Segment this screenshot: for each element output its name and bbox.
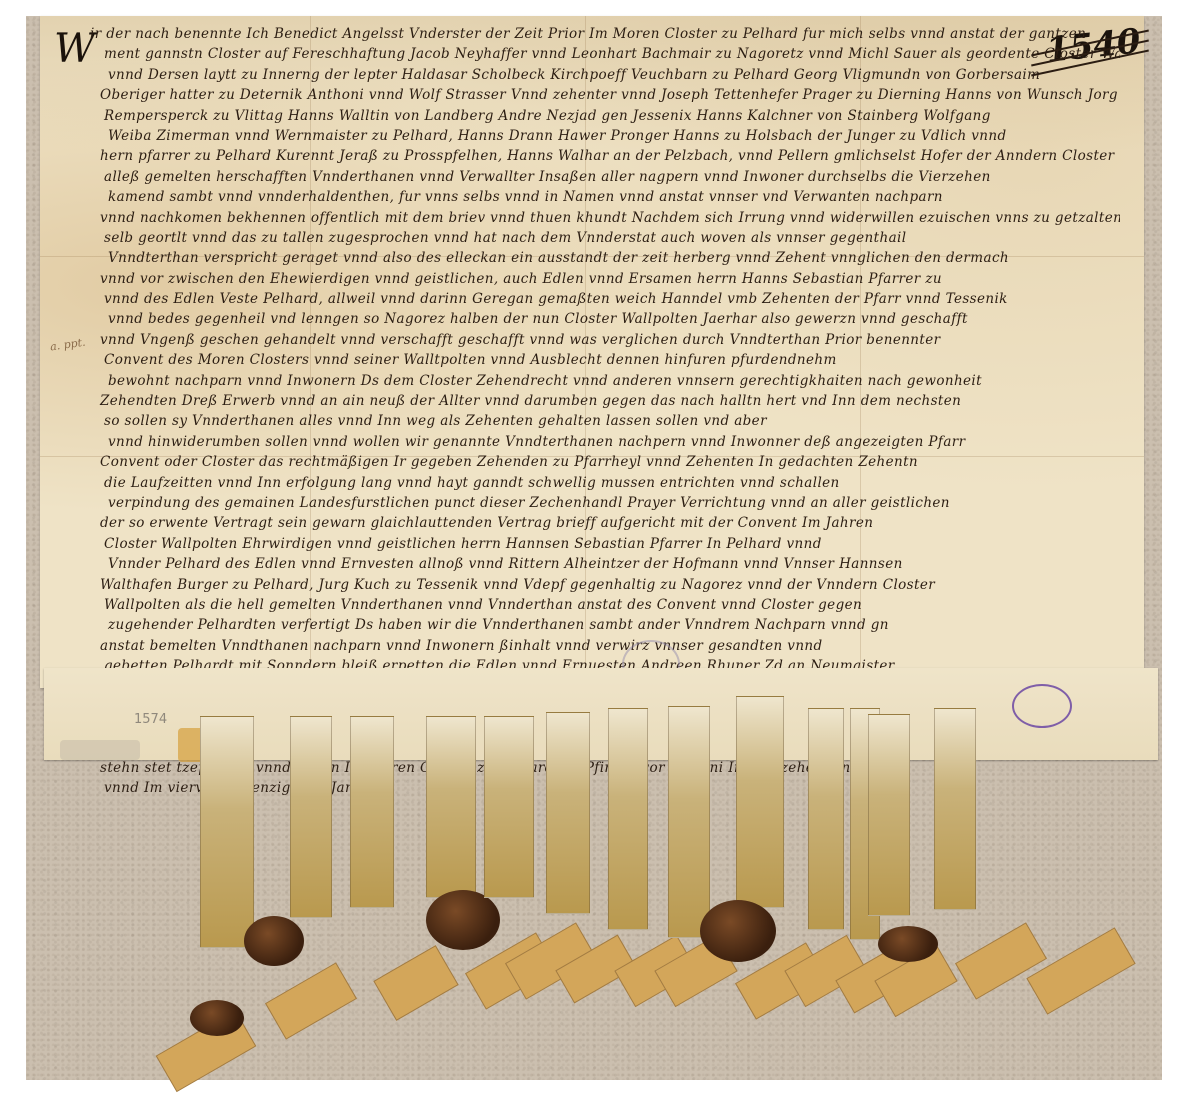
parchment-tag <box>608 708 648 930</box>
text-line: vnnd Dersen laytt zu Innerng der lepter … <box>60 65 1120 85</box>
parchment-tag <box>868 714 910 916</box>
parchment-tag <box>290 716 332 918</box>
text-line: anstat bemelten Vnndthanen nachparn vnnd… <box>60 636 1120 656</box>
text-line: ment gannstn Closter auf Fereschhaftung … <box>60 44 1120 64</box>
pencil-number: 1574 <box>134 712 167 727</box>
parchment-tag <box>426 716 476 898</box>
text-line: hern pfarrer zu Pelhard Kurennt Jeraß zu… <box>60 146 1120 166</box>
parchment-tag <box>484 716 534 898</box>
text-line: Oberiger hatter zu Deternik Anthoni vnnd… <box>60 85 1120 105</box>
text-line: vnnd bedes gegenheil vnd lenngen so Nago… <box>60 309 1120 329</box>
text-line: Weiba Zimerman vnnd Wernmaister zu Pelha… <box>60 126 1120 146</box>
stain <box>60 740 140 760</box>
text-line: selb geortlt vnnd das zu tallen zugespro… <box>60 228 1120 248</box>
text-line: Vnndterthan verspricht geraget vnnd also… <box>60 248 1120 268</box>
wax-seal <box>700 900 776 962</box>
text-line: Zehendten Dreß Erwerb vnnd an ain neuß d… <box>60 391 1120 411</box>
text-line: Closter Wallpolten Ehrwirdigen vnnd geis… <box>60 534 1120 554</box>
text-line: kamend sambt vnnd vnnderhaldenthen, fur … <box>60 187 1120 207</box>
text-line: Convent oder Closter das rechtmäßigen Ir… <box>60 452 1120 472</box>
wax-seal <box>190 1000 244 1036</box>
text-line: vnnd Vngenß geschen gehandelt vnnd versc… <box>60 330 1120 350</box>
parchment-tag <box>934 708 976 910</box>
text-line: bewohnt nachparn vnnd Inwonern Ds dem Cl… <box>60 371 1120 391</box>
text-line: verpindung des gemainen Landesfurstliche… <box>60 493 1120 513</box>
text-line: vnnd nachkomen bekhennen offentlich mit … <box>60 208 1120 228</box>
text-line: vnnd vor zwischen den Ehewierdigen vnnd … <box>60 269 1120 289</box>
text-line: die Laufzeitten vnnd Inn erfolgung lang … <box>60 473 1120 493</box>
parchment-tag <box>200 716 254 948</box>
text-line: Walthafen Burger zu Pelhard, Jurg Kuch z… <box>60 575 1120 595</box>
parchment-tag <box>350 716 394 908</box>
text-line: Rempersperck zu Vlittag Hanns Walltin vo… <box>60 106 1120 126</box>
parchment-tag <box>546 712 590 914</box>
wax-seal <box>244 916 304 966</box>
wax-seal <box>878 926 938 962</box>
parchment-tag <box>736 696 784 908</box>
text-line: Vnnder Pelhard des Edlen vnnd Ernvesten … <box>60 554 1120 574</box>
wax-seal <box>426 890 500 950</box>
text-line: Convent des Moren Closters vnnd seiner W… <box>60 350 1120 370</box>
archive-stamp: archival stamp (purple) <box>1012 684 1072 728</box>
text-line: zugehender Pelhardten verfertigt Ds habe… <box>60 615 1120 635</box>
text-line: vnnd hinwiderumben sollen vnnd wollen wi… <box>60 432 1120 452</box>
text-line: alleß gemelten herschafften Vnnderthanen… <box>60 167 1120 187</box>
text-line: Wallpolten als die hell gemelten Vnndert… <box>60 595 1120 615</box>
parchment-tag <box>668 706 710 938</box>
text-line: so sollen sy Vnnderthanen alles vnnd Inn… <box>60 411 1120 431</box>
parchment-tag <box>808 708 844 930</box>
text-line: ir der nach benennte Ich Benedict Angels… <box>60 24 1120 44</box>
text-line: vnnd des Edlen Veste Pelhard, allweil vn… <box>60 289 1120 309</box>
text-line: der so erwente Vertragt sein gewarn glai… <box>60 513 1120 533</box>
